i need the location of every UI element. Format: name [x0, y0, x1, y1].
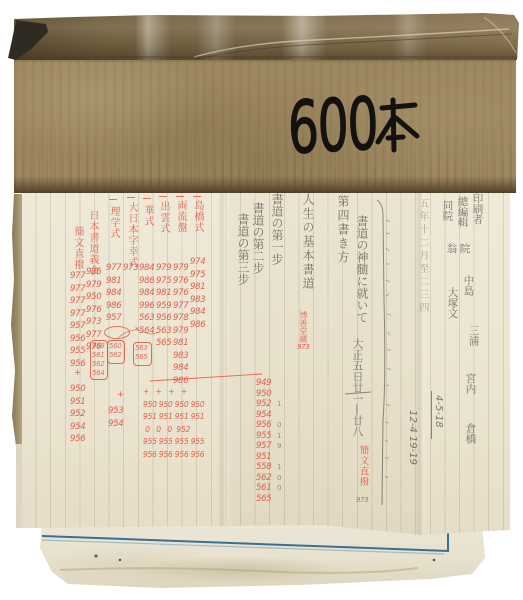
pencil-column-fourth: 第四書き方 — [337, 195, 349, 265]
red-tick-mark — [176, 196, 184, 197]
red-tick-mark — [193, 196, 201, 197]
red-boxed-numbers: 563 565 — [133, 342, 152, 366]
right-note: 翁 — [446, 243, 457, 254]
red-stamp-name: 博善堂蔵 — [299, 311, 307, 343]
sideways-number: 4-5-18 — [433, 395, 443, 428]
red-number-column: 974 975 981 983 984 986 — [190, 256, 205, 331]
red-signature-number: 973 — [356, 496, 368, 505]
red-number-grid: + + + + 950 950 950 950 951 951 951 951 … — [143, 386, 204, 461]
red-tick-mark — [109, 199, 117, 200]
tape-crease-highlights — [14, 13, 519, 60]
middle-red-number-column: 949 950 952 954 956 955 957 951 558 562 … — [256, 378, 271, 504]
right-note: 總編輯 — [457, 196, 468, 228]
red-number-column: 984 986 984 996 563 564 — [139, 262, 154, 337]
red-plus-mark: + — [117, 389, 124, 402]
middle-pencil-ticks: 1 0 1 9 1 0 0 — [277, 378, 281, 494]
box-label-number: 600 — [287, 87, 378, 164]
boxed-number-list: 560 562 — [109, 342, 121, 360]
red-tick-mark — [143, 198, 151, 199]
red-number-column: 973 — [123, 262, 138, 275]
red-plus-mark: + — [74, 367, 81, 380]
pencil-column-title-2: 書道の第二步 — [252, 202, 264, 274]
pencil-faint-note: 五年十二月至二三四 — [417, 198, 427, 315]
red-header: 島橋式 — [192, 200, 202, 233]
right-note: 三浦 — [468, 325, 479, 346]
sideways-number: 12-4 19-19 — [407, 410, 417, 465]
red-star-mark: * — [135, 325, 139, 338]
red-header: 大日本字幸式 — [126, 202, 136, 268]
red-stamp-number: 973 — [297, 343, 309, 352]
packing-tape — [14, 13, 519, 60]
right-note: 中島 — [463, 275, 474, 296]
red-header: 両流盤 — [175, 200, 185, 233]
red-tick-mark — [159, 196, 167, 197]
red-number-column: 977 977 977 977 957 956 955 956 — [70, 270, 85, 370]
red-header: 華式 — [142, 205, 152, 227]
pencil-underline — [431, 391, 432, 439]
red-number-column: 953 954 — [108, 405, 123, 430]
right-note: 宮内 — [465, 373, 476, 394]
boxed-number-list: 958 561 562 564 — [92, 342, 104, 378]
red-number-column: 979 976 976 977 978 979 981 983 984 986 — [173, 262, 188, 387]
red-boxed-numbers: 958 561 562 564 — [90, 340, 108, 380]
corrugation-texture — [14, 126, 516, 188]
red-header: 簡文直撥 — [72, 226, 82, 270]
right-note: 院 — [459, 243, 470, 254]
red-circle-mark — [104, 326, 130, 339]
handwritten-document: 書道の第三步 書道の第二步 書道の第一步 人生の基本書道 第四書き方 書道の神髄… — [22, 186, 510, 536]
red-header: 出雲式 — [158, 201, 168, 234]
red-number-column: 950 951 952 954 956 — [70, 383, 85, 446]
pencil-column-essence: 書道の神髄に就いて — [356, 215, 368, 323]
boxed-number-list: 563 565 — [135, 344, 147, 362]
red-boxed-numbers: 560 562 — [107, 340, 125, 364]
pencil-column-title-3: 書道の第三步 — [237, 213, 249, 285]
red-signature: 簡文直撥 — [358, 445, 368, 487]
right-note: 同院 — [442, 200, 453, 221]
red-tick-mark — [127, 197, 135, 198]
red-header: 理学式 — [108, 206, 118, 239]
pencil-column-title-1: 書道の第一步 — [271, 193, 283, 265]
red-number-column: 979 975 981 959 956 563 565 — [156, 262, 171, 350]
hon-kanji-glyph — [374, 96, 422, 156]
right-note: 印刷者 — [472, 193, 483, 225]
right-note: 大塚文 — [447, 287, 458, 319]
pencil-date-note: 大正五日廿一—廿八 — [352, 338, 363, 437]
pencil-column-life-calligraphy: 人生の基本書道 — [302, 193, 314, 291]
cardboard-flap: 600 — [14, 56, 516, 193]
right-note: 倉橋 — [465, 423, 476, 444]
red-number-column: 977 981 984 986 957 — [106, 262, 121, 325]
